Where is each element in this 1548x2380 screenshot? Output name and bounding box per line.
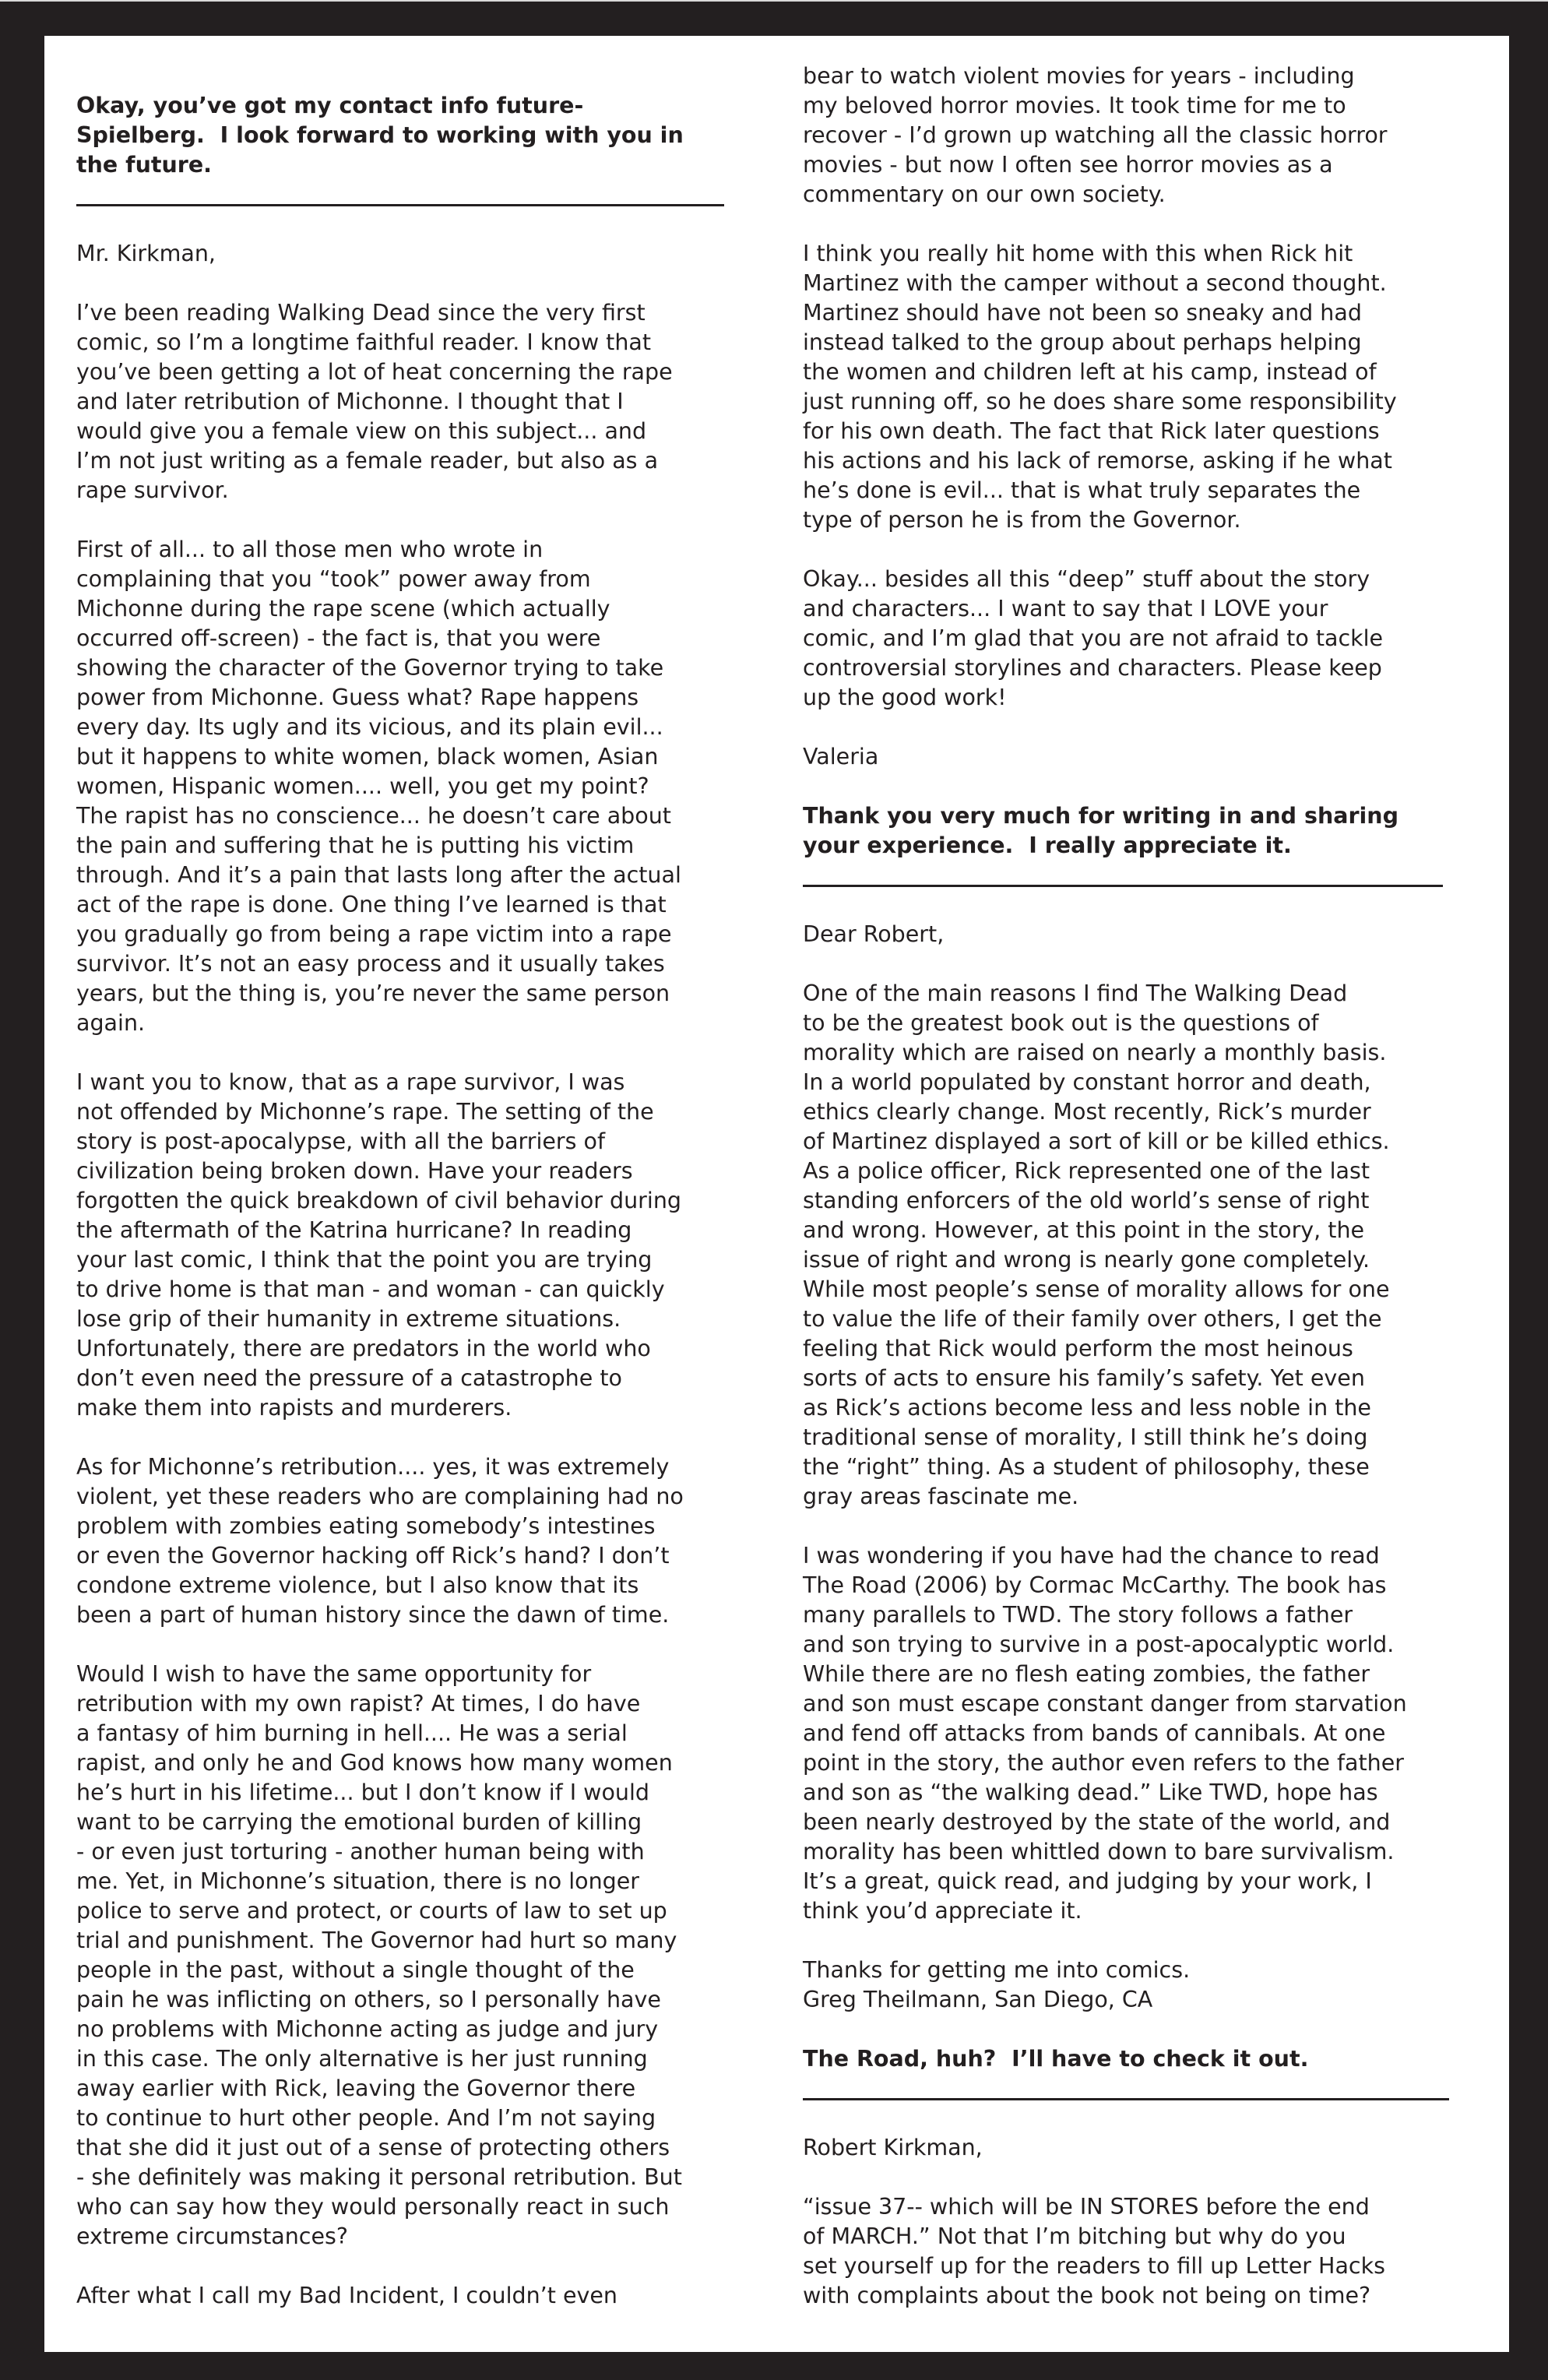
paragraph-line: As for Michonne’s retribution.... yes, i… xyxy=(76,1452,762,1482)
paragraph-block: “issue 37-- which will be IN STORES befo… xyxy=(803,2192,1488,2311)
paragraph-line: As a police officer, Rick represented on… xyxy=(803,1157,1488,1186)
paragraph-line: and son trying to survive in a post-apoc… xyxy=(803,1630,1488,1660)
paragraph-line: he’s done is evil... that is what truly … xyxy=(803,476,1488,505)
paragraph-line: just running off, so he does share some … xyxy=(803,387,1488,417)
paragraph-line: been nearly destroyed by the state of th… xyxy=(803,1808,1488,1837)
blank-line xyxy=(803,2015,1488,2044)
paragraph-line: trial and punishment. The Governor had h… xyxy=(76,1926,762,1956)
blank-line xyxy=(76,269,762,298)
blank-line xyxy=(803,890,1488,920)
paragraph-line: I was wondering if you have had the chan… xyxy=(803,1541,1488,1571)
paragraph-line: pain he was inflicting on others, so I p… xyxy=(76,1985,762,2015)
paragraph-line: you gradually go from being a rape victi… xyxy=(76,920,762,949)
paragraph-line: me. Yet, in Michonne’s situation, there … xyxy=(76,1867,762,1896)
paragraph-line: make them into rapists and murderers. xyxy=(76,1393,762,1423)
paragraph-block: First of all... to all those men who wro… xyxy=(76,535,762,1038)
paragraph-line: to continue to hurt other people. And I’… xyxy=(76,2104,762,2133)
paragraph-line: up the good work! xyxy=(803,683,1488,713)
paragraph-line: feeling that Rick would perform the most… xyxy=(803,1334,1488,1364)
paragraph-line: point in the story, the author even refe… xyxy=(803,1748,1488,1778)
paragraph-block: I’ve been reading Walking Dead since the… xyxy=(76,298,762,505)
paragraph-line: After what I call my Bad Incident, I cou… xyxy=(76,2281,762,2311)
editor-reply: Okay, you’ve got my contact info future-… xyxy=(76,91,762,180)
paragraph-line: again. xyxy=(76,1009,762,1038)
reply-line: Thank you very much for writing in and s… xyxy=(803,801,1488,831)
paragraph-line: think you’d appreciate it. xyxy=(803,1896,1488,1926)
paragraph-line: many parallels to TWD. The story follows… xyxy=(803,1600,1488,1630)
paragraph-block: bear to watch violent movies for years -… xyxy=(803,62,1488,209)
paragraph-line: been a part of human history since the d… xyxy=(76,1600,762,1630)
blank-line xyxy=(803,713,1488,742)
separator-rule xyxy=(803,861,1488,890)
paragraph-line: want to be carrying the emotional burden… xyxy=(76,1808,762,1837)
paragraph-line: through. And it’s a pain that lasts long… xyxy=(76,861,762,890)
signature-line: Thanks for getting me into comics. xyxy=(803,1956,1488,1985)
letters-page: Okay, you’ve got my contact info future-… xyxy=(44,36,1509,2352)
paragraph-line: movies - but now I often see horror movi… xyxy=(803,150,1488,180)
paragraph-line: to be the greatest book out is the quest… xyxy=(803,1009,1488,1038)
paragraph-line: would give you a female view on this sub… xyxy=(76,417,762,446)
paragraph-line: Unfortunately, there are predators in th… xyxy=(76,1334,762,1364)
paragraph-line: controversial storylines and characters.… xyxy=(803,653,1488,683)
blank-line xyxy=(76,1423,762,1452)
paragraph-line: gray areas fascinate me. xyxy=(803,1482,1488,1512)
paragraph-block: I want you to know, that as a rape survi… xyxy=(76,1068,762,1423)
paragraph-line: of MARCH.” Not that I’m bitching but why… xyxy=(803,2222,1488,2251)
paragraph-line: the pain and suffering that he is puttin… xyxy=(76,831,762,861)
paragraph-block: As for Michonne’s retribution.... yes, i… xyxy=(76,1452,762,1630)
blank-line xyxy=(76,209,762,239)
paragraph-line: to drive home is that man - and woman - … xyxy=(76,1275,762,1304)
paragraph-line: don’t even need the pressure of a catast… xyxy=(76,1364,762,1393)
paragraph-line: civilization being broken down. Have you… xyxy=(76,1157,762,1186)
paragraph-line: years, but the thing is, you’re never th… xyxy=(76,979,762,1009)
paragraph-line: comic, and I’m glad that you are not afr… xyxy=(803,624,1488,653)
paragraph-line: morality which are raised on nearly a mo… xyxy=(803,1038,1488,1068)
paragraph-line: in this case. The only alternative is he… xyxy=(76,2044,762,2074)
paragraph-line: bear to watch violent movies for years -… xyxy=(803,62,1488,91)
separator-rule xyxy=(803,2074,1488,2104)
paragraph-line: the “right” thing. As a student of philo… xyxy=(803,1452,1488,1482)
salutation-block: Mr. Kirkman, xyxy=(76,239,762,269)
reply-line: the future. xyxy=(76,150,762,180)
paragraph-line: - or even just torturing - another human… xyxy=(76,1837,762,1867)
editor-reply: Thank you very much for writing in and s… xyxy=(803,801,1488,861)
paragraph-line: I’m not just writing as a female reader,… xyxy=(76,446,762,476)
paragraph-line: my beloved horror movies. It took time f… xyxy=(803,91,1488,121)
signature-line: Greg Theilmann, San Diego, CA xyxy=(803,1985,1488,2015)
paragraph-line: comic, so I’m a longtime faithful reader… xyxy=(76,328,762,357)
paragraph-line: morality has been whittled down to bare … xyxy=(803,1837,1488,1867)
paragraph-line: rape survivor. xyxy=(76,476,762,505)
salutation-block: Robert Kirkman, xyxy=(803,2133,1488,2163)
editor-reply: The Road, huh? I’ll have to check it out… xyxy=(803,2044,1488,2074)
paragraph-line: First of all... to all those men who wro… xyxy=(76,535,762,565)
paragraph-line: he’s hurt in his lifetime... but I don’t… xyxy=(76,1778,762,1808)
paragraph-line: forgotten the quick breakdown of civil b… xyxy=(76,1186,762,1216)
blank-line xyxy=(803,1512,1488,1541)
signature-line: Valeria xyxy=(803,742,1488,772)
blank-line xyxy=(803,949,1488,979)
paragraph-line: your last comic, I think that the point … xyxy=(76,1245,762,1275)
paragraph-line: Would I wish to have the same opportunit… xyxy=(76,1660,762,1689)
paragraph-line: the women and children left at his camp,… xyxy=(803,357,1488,387)
paragraph-line: story is post-apocalypse, with all the b… xyxy=(76,1127,762,1157)
paragraph-line: people in the past, without a single tho… xyxy=(76,1956,762,1985)
paragraph-line: In a world populated by constant horror … xyxy=(803,1068,1488,1097)
reply-line: The Road, huh? I’ll have to check it out… xyxy=(803,2044,1488,2074)
paragraph-line: power from Michonne. Guess what? Rape ha… xyxy=(76,683,762,713)
paragraph-line: and son as “the walking dead.” Like TWD,… xyxy=(803,1778,1488,1808)
paragraph-line: and fend off attacks from bands of canni… xyxy=(803,1719,1488,1748)
paragraph-line: lose grip of their humanity in extreme s… xyxy=(76,1304,762,1334)
blank-line xyxy=(803,209,1488,239)
signature-block: Valeria xyxy=(803,742,1488,772)
paragraph-line: and wrong. However, at this point in the… xyxy=(803,1216,1488,1245)
paragraph-line: away earlier with Rick, leaving the Gove… xyxy=(76,2074,762,2104)
paragraph-line: Okay... besides all this “deep” stuff ab… xyxy=(803,565,1488,594)
paragraph-line: retribution with my own rapist? At times… xyxy=(76,1689,762,1719)
paragraph-line: sorts of acts to ensure his family’s saf… xyxy=(803,1364,1488,1393)
paragraph-line: standing enforcers of the old world’s se… xyxy=(803,1186,1488,1216)
paragraph-line: survivor. It’s not an easy process and i… xyxy=(76,949,762,979)
paragraph-block: After what I call my Bad Incident, I cou… xyxy=(76,2281,762,2311)
paragraph-line: occurred off-screen) - the fact is, that… xyxy=(76,624,762,653)
salutation-block: Dear Robert, xyxy=(803,920,1488,949)
paragraph-line: or even the Governor hacking off Rick’s … xyxy=(76,1541,762,1571)
blank-line xyxy=(76,505,762,535)
paragraph-line: The rapist has no conscience... he doesn… xyxy=(76,801,762,831)
paragraph-line: to value the life of their family over o… xyxy=(803,1304,1488,1334)
paragraph-line: extreme circumstances? xyxy=(76,2222,762,2251)
paragraph-line: “issue 37-- which will be IN STORES befo… xyxy=(803,2192,1488,2222)
paragraph-line: act of the rape is done. One thing I’ve … xyxy=(76,890,762,920)
paragraph-line: issue of right and wrong is nearly gone … xyxy=(803,1245,1488,1275)
paragraph-line: Martinez should have not been so sneaky … xyxy=(803,298,1488,328)
paragraph-line: and characters... I want to say that I L… xyxy=(803,594,1488,624)
paragraph-line: While most people’s sense of morality al… xyxy=(803,1275,1488,1304)
paragraph-line: One of the main reasons I find The Walki… xyxy=(803,979,1488,1009)
paragraph-line: I think you really hit home with this wh… xyxy=(803,239,1488,269)
blank-line xyxy=(803,535,1488,565)
paragraph-line: every day. Its ugly and its vicious, and… xyxy=(76,713,762,742)
paragraph-line: condone extreme violence, but I also kno… xyxy=(76,1571,762,1600)
salutation-line: Dear Robert, xyxy=(803,920,1488,949)
paragraph-block: Okay... besides all this “deep” stuff ab… xyxy=(803,565,1488,713)
paragraph-block: Would I wish to have the same opportunit… xyxy=(76,1660,762,2251)
paragraph-line: Michonne during the rape scene (which ac… xyxy=(76,594,762,624)
paragraph-line: and son must escape constant danger from… xyxy=(803,1689,1488,1719)
paragraph-line: the aftermath of the Katrina hurricane? … xyxy=(76,1216,762,1245)
paragraph-line: It’s a great, quick read, and judging by… xyxy=(803,1867,1488,1896)
salutation-line: Robert Kirkman, xyxy=(803,2133,1488,2163)
paragraph-line: While there are no flesh eating zombies,… xyxy=(803,1660,1488,1689)
paragraph-line: but it happens to white women, black wom… xyxy=(76,742,762,772)
paragraph-line: instead talked to the group about perhap… xyxy=(803,328,1488,357)
signature-block: Thanks for getting me into comics.Greg T… xyxy=(803,1956,1488,2015)
blank-line xyxy=(76,1630,762,1660)
paragraph-line: The Road (2006) by Cormac McCarthy. The … xyxy=(803,1571,1488,1600)
paragraph-line: with complaints about the book not being… xyxy=(803,2281,1488,2311)
reply-line: Spielberg. I look forward to working wit… xyxy=(76,121,762,150)
paragraph-line: type of person he is from the Governor. xyxy=(803,505,1488,535)
top-edge-strip xyxy=(0,0,1548,2)
blank-line xyxy=(803,2163,1488,2192)
paragraph-line: of Martinez displayed a sort of kill or … xyxy=(803,1127,1488,1157)
paragraph-line: police to serve and protect, or courts o… xyxy=(76,1896,762,1926)
paragraph-line: I want you to know, that as a rape survi… xyxy=(76,1068,762,1097)
salutation-line: Mr. Kirkman, xyxy=(76,239,762,269)
paragraph-line: women, Hispanic women.... well, you get … xyxy=(76,772,762,801)
paragraph-line: showing the character of the Governor tr… xyxy=(76,653,762,683)
paragraph-line: that she did it just out of a sense of p… xyxy=(76,2133,762,2163)
paragraph-block: I think you really hit home with this wh… xyxy=(803,239,1488,535)
paragraph-line: you’ve been getting a lot of heat concer… xyxy=(76,357,762,387)
blank-line xyxy=(803,772,1488,801)
reply-line: Okay, you’ve got my contact info future- xyxy=(76,91,762,121)
paragraph-line: who can say how they would personally re… xyxy=(76,2192,762,2222)
paragraph-line: traditional sense of morality, I still t… xyxy=(803,1423,1488,1452)
paragraph-line: for his own death. The fact that Rick la… xyxy=(803,417,1488,446)
paragraph-line: not offended by Michonne’s rape. The set… xyxy=(76,1097,762,1127)
paragraph-line: - she definitely was making it personal … xyxy=(76,2163,762,2192)
blank-line xyxy=(76,1038,762,1068)
reply-line: your experience. I really appreciate it. xyxy=(803,831,1488,861)
separator-rule xyxy=(76,180,762,209)
blank-line xyxy=(803,1926,1488,1956)
paragraph-line: I’ve been reading Walking Dead since the… xyxy=(76,298,762,328)
paragraph-block: I was wondering if you have had the chan… xyxy=(803,1541,1488,1926)
paragraph-line: ethics clearly change. Most recently, Ri… xyxy=(803,1097,1488,1127)
paragraph-line: problem with zombies eating somebody’s i… xyxy=(76,1512,762,1541)
paragraph-block: One of the main reasons I find The Walki… xyxy=(803,979,1488,1512)
paragraph-line: a fantasy of him burning in hell.... He … xyxy=(76,1719,762,1748)
paragraph-line: no problems with Michonne acting as judg… xyxy=(76,2015,762,2044)
paragraph-line: complaining that you “took” power away f… xyxy=(76,565,762,594)
paragraph-line: set yourself up for the readers to fill … xyxy=(803,2251,1488,2281)
blank-line xyxy=(76,2251,762,2281)
paragraph-line: violent, yet these readers who are compl… xyxy=(76,1482,762,1512)
right-column: bear to watch violent movies for years -… xyxy=(803,62,1488,2311)
paragraph-line: and later retribution of Michonne. I tho… xyxy=(76,387,762,417)
paragraph-line: Martinez with the camper without a secon… xyxy=(803,269,1488,298)
paragraph-line: commentary on our own society. xyxy=(803,180,1488,209)
blank-line xyxy=(803,2104,1488,2133)
paragraph-line: his actions and his lack of remorse, ask… xyxy=(803,446,1488,476)
left-column: Okay, you’ve got my contact info future-… xyxy=(76,91,762,2311)
paragraph-line: recover - I’d grown up watching all the … xyxy=(803,121,1488,150)
paragraph-line: rapist, and only he and God knows how ma… xyxy=(76,1748,762,1778)
paragraph-line: as Rick’s actions become less and less n… xyxy=(803,1393,1488,1423)
